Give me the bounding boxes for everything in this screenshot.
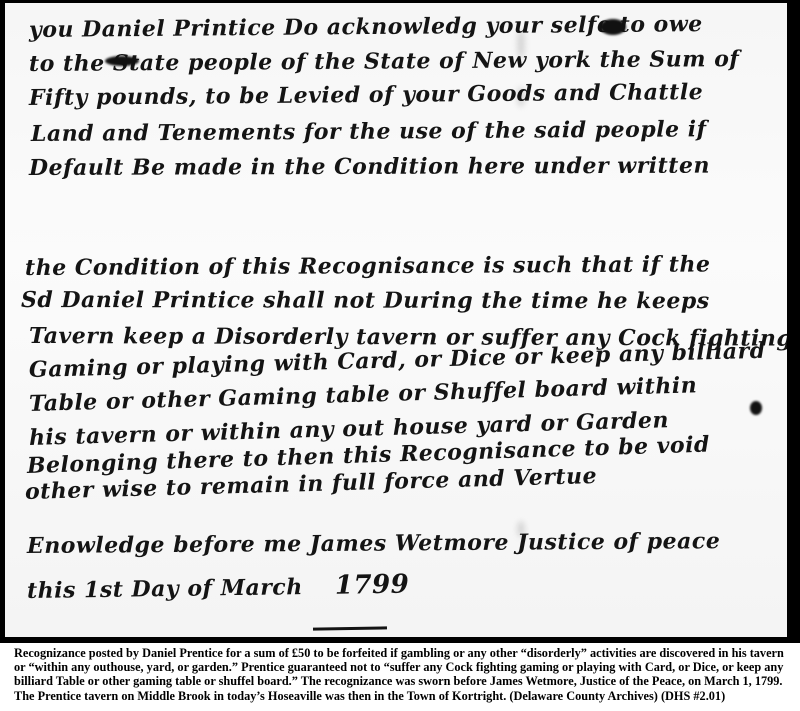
manuscript-line: Land and Tenements for the use of the sa…: [31, 116, 707, 147]
manuscript-year: 1799: [335, 570, 410, 601]
manuscript-image: you Daniel Printice Do acknowledg your s…: [5, 3, 787, 637]
image-caption: Recognizance posted by Daniel Prentice f…: [14, 646, 794, 703]
ink-blot: [600, 19, 626, 35]
manuscript-line: the Condition of this Recognisance is su…: [25, 251, 711, 281]
ink-blot: [105, 56, 139, 66]
ink-blot: [750, 401, 762, 415]
manuscript-date-line: this 1st Day of March 1799: [27, 570, 410, 605]
manuscript-line: Sd Daniel Printice shall not During the …: [21, 287, 710, 314]
manuscript-line: Fifty pounds, to be Levied of your Goods…: [29, 79, 703, 111]
document-frame: you Daniel Printice Do acknowledg your s…: [0, 0, 800, 643]
manuscript-line: Default Be made in the Condition here un…: [29, 153, 710, 181]
manuscript-date-text: this 1st Day of March: [27, 574, 303, 604]
manuscript-line: Enowledge before me James Wetmore Justic…: [27, 528, 720, 559]
year-underline: [313, 626, 387, 630]
